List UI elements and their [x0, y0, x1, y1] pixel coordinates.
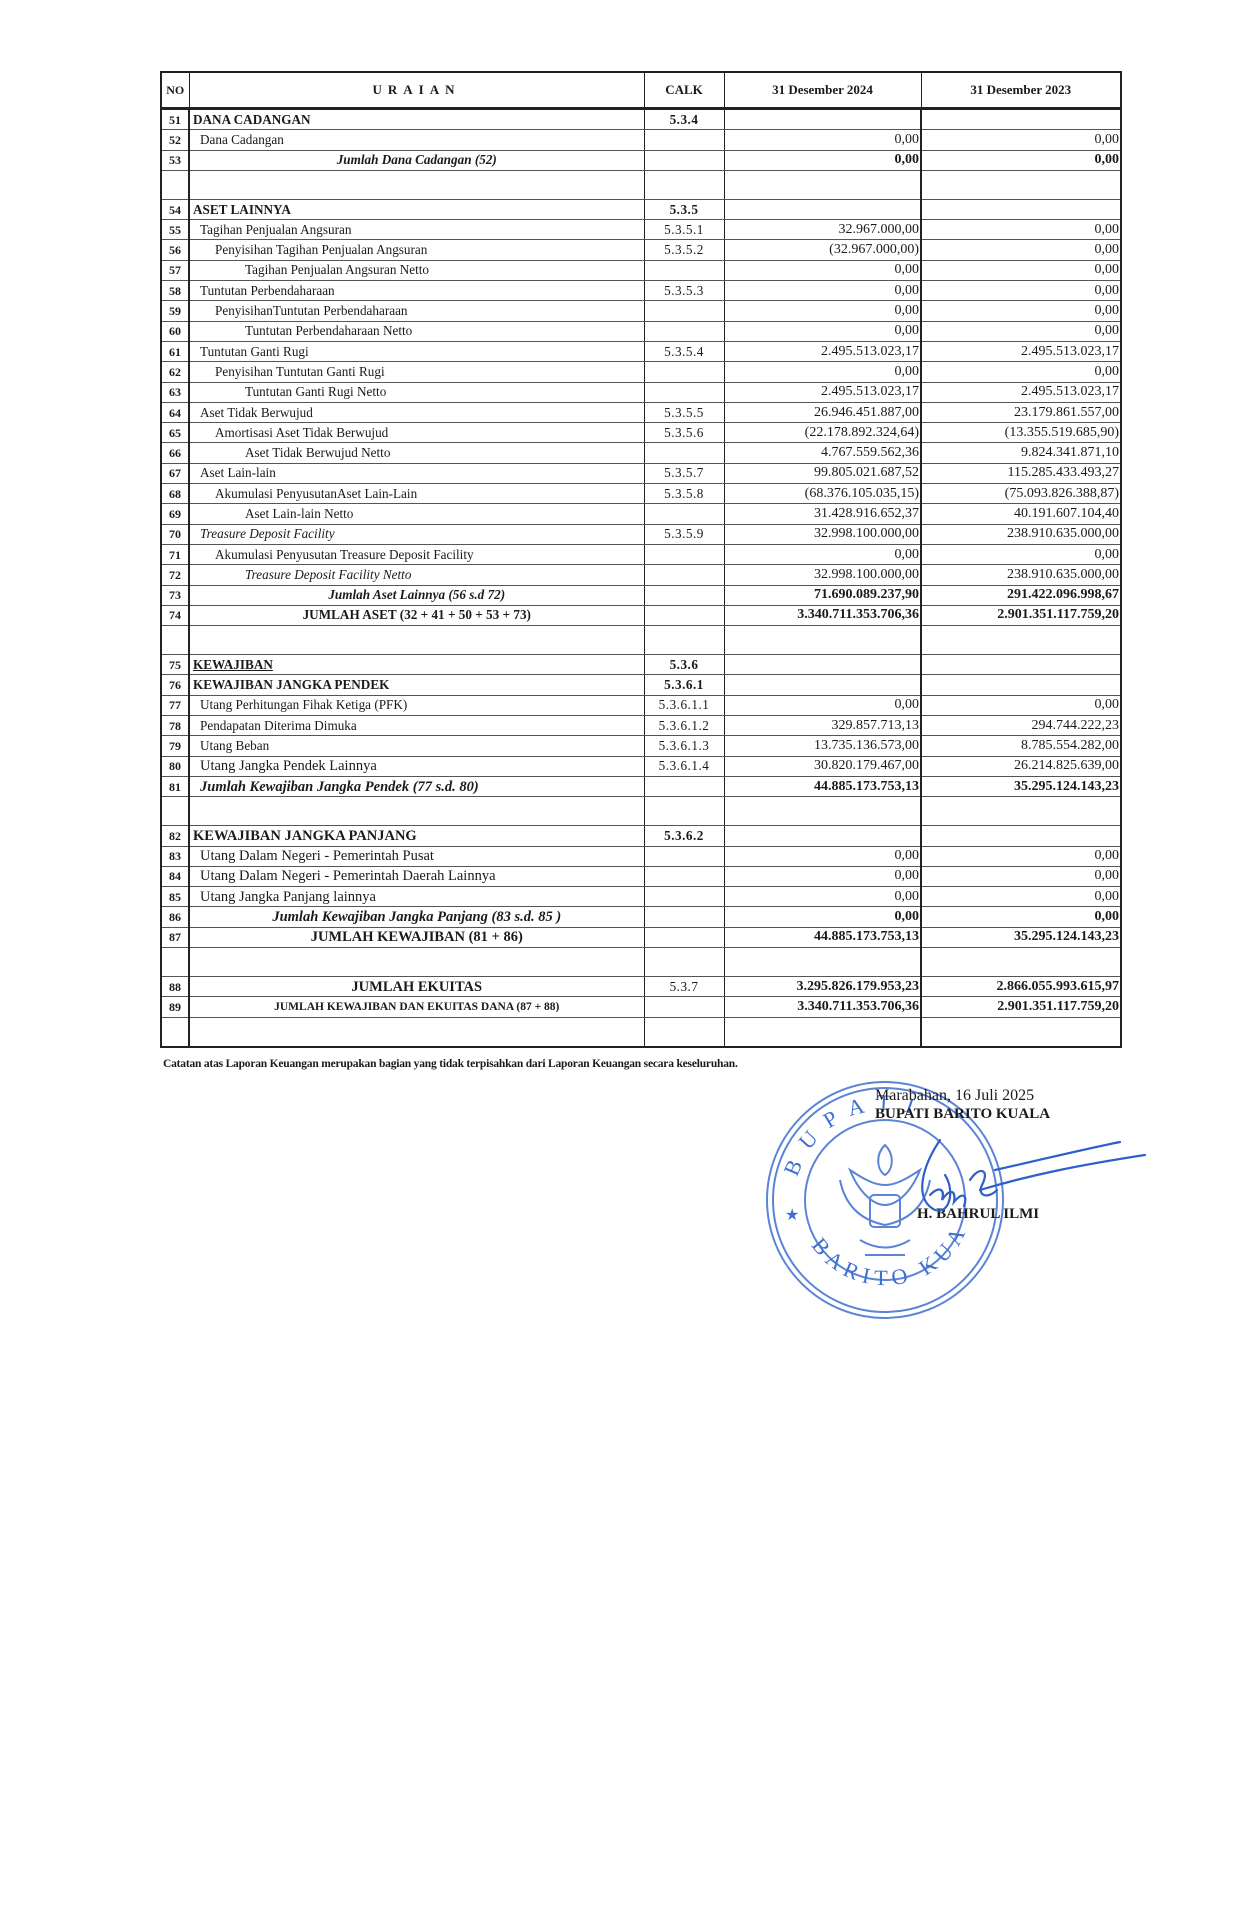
table-row: 83Utang Dalam Negeri - Pemerintah Pusat0…	[161, 846, 1121, 866]
row-number: 78	[161, 716, 189, 736]
row-number: 64	[161, 402, 189, 422]
row-value-2024: (22.178.892.324,64)	[724, 423, 921, 443]
empty-cell	[921, 170, 1121, 199]
row-description: JUMLAH KEWAJIBAN (81 + 86)	[189, 927, 644, 947]
row-number: 73	[161, 585, 189, 605]
table-row: 87JUMLAH KEWAJIBAN (81 + 86)44.885.173.7…	[161, 927, 1121, 947]
row-calk-ref: 5.3.5.8	[644, 484, 724, 504]
row-value-2023: 0,00	[921, 301, 1121, 321]
row-calk-ref	[644, 887, 724, 907]
row-calk-ref: 5.3.6.1.1	[644, 695, 724, 715]
row-value-2024	[724, 826, 921, 846]
table-row: 77Utang Perhitungan Fihak Ketiga (PFK)5.…	[161, 695, 1121, 715]
row-value-2023: 294.744.222,23	[921, 716, 1121, 736]
table-row: 65Amortisasi Aset Tidak Berwujud5.3.5.6(…	[161, 423, 1121, 443]
row-calk-ref	[644, 504, 724, 524]
row-value-2023: 0,00	[921, 150, 1121, 170]
row-description: Akumulasi PenyusutanAset Lain-Lain	[189, 484, 644, 504]
empty-cell	[644, 1017, 724, 1047]
table-row: 78Pendapatan Diterima Dimuka5.3.6.1.2329…	[161, 716, 1121, 736]
row-description-text: Tuntutan Perbendaharaan	[200, 283, 335, 298]
row-value-2023	[921, 199, 1121, 219]
row-calk-ref: 5.3.5.1	[644, 220, 724, 240]
table-row: 66Aset Tidak Berwujud Netto4.767.559.562…	[161, 443, 1121, 463]
row-value-2024: 2.495.513.023,17	[724, 341, 921, 361]
row-description-text: Treasure Deposit Facility	[200, 526, 335, 541]
table-row: 76KEWAJIBAN JANGKA PENDEK5.3.6.1	[161, 675, 1121, 695]
row-description-text: Jumlah Kewajiban Jangka Panjang (83 s.d.…	[272, 909, 561, 925]
row-description: DANA CADANGAN	[189, 109, 644, 130]
empty-cell	[161, 947, 189, 976]
handwritten-signature-icon	[880, 1120, 1150, 1230]
row-value-2024: 0,00	[724, 281, 921, 301]
empty-cell	[724, 1017, 921, 1047]
row-description-text: Treasure Deposit Facility Netto	[245, 567, 411, 582]
row-number: 81	[161, 776, 189, 796]
row-description-text: Tuntutan Ganti Rugi Netto	[245, 384, 386, 399]
row-description-text: Utang Beban	[200, 738, 269, 753]
row-description: Jumlah Dana Cadangan (52)	[189, 150, 644, 170]
row-calk-ref	[644, 565, 724, 585]
row-value-2023: 115.285.433.493,27	[921, 463, 1121, 483]
row-description-text: JUMLAH ASET (32 + 41 + 50 + 53 + 73)	[303, 607, 531, 622]
row-number: 55	[161, 220, 189, 240]
row-calk-ref	[644, 443, 724, 463]
row-calk-ref: 5.3.6.1	[644, 675, 724, 695]
row-value-2024: 26.946.451.887,00	[724, 402, 921, 422]
row-number: 69	[161, 504, 189, 524]
table-row: 69Aset Lain-lain Netto31.428.916.652,374…	[161, 504, 1121, 524]
empty-cell	[644, 797, 724, 826]
table-row: 51DANA CADANGAN5.3.4	[161, 109, 1121, 130]
row-calk-ref	[644, 846, 724, 866]
row-value-2024: 0,00	[724, 362, 921, 382]
row-number: 74	[161, 605, 189, 625]
table-row: 67Aset Lain-lain5.3.5.799.805.021.687,52…	[161, 463, 1121, 483]
row-number: 77	[161, 695, 189, 715]
row-number: 88	[161, 976, 189, 996]
row-number: 51	[161, 109, 189, 130]
row-value-2024: 31.428.916.652,37	[724, 504, 921, 524]
row-number: 57	[161, 260, 189, 280]
row-value-2024: 0,00	[724, 150, 921, 170]
row-calk-ref: 5.3.5.9	[644, 524, 724, 544]
row-value-2024: 0,00	[724, 260, 921, 280]
empty-cell	[724, 626, 921, 655]
table-row: 89JUMLAH KEWAJIBAN DAN EKUITAS DANA (87 …	[161, 997, 1121, 1017]
row-value-2024	[724, 199, 921, 219]
row-number: 82	[161, 826, 189, 846]
row-value-2024	[724, 109, 921, 130]
empty-cell	[161, 626, 189, 655]
row-number: 85	[161, 887, 189, 907]
row-value-2023: 2.901.351.117.759,20	[921, 605, 1121, 625]
row-description: Treasure Deposit Facility Netto	[189, 565, 644, 585]
empty-cell	[189, 626, 644, 655]
row-description-text: Aset Lain-lain	[200, 465, 276, 480]
row-value-2024: 0,00	[724, 544, 921, 564]
table-row: 71Akumulasi Penyusutan Treasure Deposit …	[161, 544, 1121, 564]
row-description-text: DANA CADANGAN	[193, 112, 311, 127]
table-row: 84Utang Dalam Negeri - Pemerintah Daerah…	[161, 866, 1121, 886]
row-calk-ref	[644, 907, 724, 927]
row-number: 68	[161, 484, 189, 504]
row-calk-ref: 5.3.6.2	[644, 826, 724, 846]
row-calk-ref: 5.3.5.4	[644, 341, 724, 361]
row-description-text: ASET LAINNYA	[193, 202, 291, 217]
row-description: Jumlah Kewajiban Jangka Pendek (77 s.d. …	[189, 776, 644, 796]
row-description-text: Utang Perhitungan Fihak Ketiga (PFK)	[200, 697, 407, 712]
empty-cell	[644, 170, 724, 199]
row-value-2024: 0,00	[724, 130, 921, 150]
row-calk-ref	[644, 362, 724, 382]
row-description-text: Akumulasi Penyusutan Treasure Deposit Fa…	[215, 547, 474, 562]
empty-cell	[921, 626, 1121, 655]
row-description: Aset Lain-lain	[189, 463, 644, 483]
row-description: Pendapatan Diterima Dimuka	[189, 716, 644, 736]
empty-cell	[921, 797, 1121, 826]
row-value-2024: 0,00	[724, 846, 921, 866]
row-calk-ref	[644, 382, 724, 402]
row-description: Jumlah Kewajiban Jangka Panjang (83 s.d.…	[189, 907, 644, 927]
row-calk-ref: 5.3.5.5	[644, 402, 724, 422]
empty-cell	[189, 797, 644, 826]
row-value-2023: 0,00	[921, 544, 1121, 564]
row-value-2023: 40.191.607.104,40	[921, 504, 1121, 524]
row-description-text: Utang Dalam Negeri - Pemerintah Pusat	[200, 848, 434, 864]
row-calk-ref: 5.3.5	[644, 199, 724, 219]
row-description: KEWAJIBAN	[189, 655, 644, 675]
row-description-text: Utang Jangka Panjang lainnya	[200, 889, 376, 905]
row-description-text: Utang Jangka Pendek Lainnya	[200, 758, 377, 774]
row-value-2024: (32.967.000,00)	[724, 240, 921, 260]
row-value-2023: 291.422.096.998,67	[921, 585, 1121, 605]
row-value-2024: 71.690.089.237,90	[724, 585, 921, 605]
row-value-2024: 3.340.711.353.706,36	[724, 605, 921, 625]
row-number: 87	[161, 927, 189, 947]
row-number: 65	[161, 423, 189, 443]
row-description: Tagihan Penjualan Angsuran	[189, 220, 644, 240]
table-row: 62Penyisihan Tuntutan Ganti Rugi0,000,00	[161, 362, 1121, 382]
row-description-text: Utang Dalam Negeri - Pemerintah Daerah L…	[200, 868, 496, 884]
row-value-2023: 26.214.825.639,00	[921, 756, 1121, 776]
table-row: 59PenyisihanTuntutan Perbendaharaan0,000…	[161, 301, 1121, 321]
row-value-2023: 8.785.554.282,00	[921, 736, 1121, 756]
row-calk-ref: 5.3.6.1.2	[644, 716, 724, 736]
row-description: KEWAJIBAN JANGKA PANJANG	[189, 826, 644, 846]
row-number: 52	[161, 130, 189, 150]
row-description-text: Tagihan Penjualan Angsuran Netto	[245, 262, 429, 277]
row-description: Tuntutan Perbendaharaan Netto	[189, 321, 644, 341]
row-description: Tuntutan Perbendaharaan	[189, 281, 644, 301]
row-description: Jumlah Aset Lainnya (56 s.d 72)	[189, 585, 644, 605]
row-value-2024: 44.885.173.753,13	[724, 927, 921, 947]
empty-cell	[724, 797, 921, 826]
table-row: 82KEWAJIBAN JANGKA PANJANG5.3.6.2	[161, 826, 1121, 846]
table-row: 54ASET LAINNYA5.3.5	[161, 199, 1121, 219]
row-description-text: Penyisihan Tuntutan Ganti Rugi	[215, 364, 385, 379]
row-description-text: Amortisasi Aset Tidak Berwujud	[215, 425, 388, 440]
row-description: Dana Cadangan	[189, 130, 644, 150]
table-row: 68Akumulasi PenyusutanAset Lain-Lain5.3.…	[161, 484, 1121, 504]
table-row: 58Tuntutan Perbendaharaan5.3.5.30,000,00	[161, 281, 1121, 301]
row-number: 62	[161, 362, 189, 382]
table-row: 70Treasure Deposit Facility5.3.5.932.998…	[161, 524, 1121, 544]
row-description: Penyisihan Tagihan Penjualan Angsuran	[189, 240, 644, 260]
row-calk-ref	[644, 866, 724, 886]
row-calk-ref	[644, 927, 724, 947]
empty-cell	[161, 170, 189, 199]
row-description: JUMLAH EKUITAS	[189, 976, 644, 996]
row-value-2024: 0,00	[724, 321, 921, 341]
row-number: 56	[161, 240, 189, 260]
row-number: 84	[161, 866, 189, 886]
row-description-text: Akumulasi PenyusutanAset Lain-Lain	[215, 486, 417, 501]
table-row: 56Penyisihan Tagihan Penjualan Angsuran5…	[161, 240, 1121, 260]
row-value-2024	[724, 675, 921, 695]
row-calk-ref: 5.3.5.3	[644, 281, 724, 301]
row-value-2024: 3.340.711.353.706,36	[724, 997, 921, 1017]
row-description-text: Jumlah Aset Lainnya (56 s.d 72)	[328, 587, 505, 602]
row-value-2024: 0,00	[724, 866, 921, 886]
row-number: 89	[161, 997, 189, 1017]
table-row: 64Aset Tidak Berwujud5.3.5.526.946.451.8…	[161, 402, 1121, 422]
row-value-2023: 0,00	[921, 866, 1121, 886]
row-number: 75	[161, 655, 189, 675]
row-value-2024: (68.376.105.035,15)	[724, 484, 921, 504]
spacer-row	[161, 1017, 1121, 1047]
row-calk-ref	[644, 260, 724, 280]
row-description-text: KEWAJIBAN	[193, 657, 273, 672]
row-value-2023: 0,00	[921, 846, 1121, 866]
row-description: Tuntutan Ganti Rugi Netto	[189, 382, 644, 402]
row-calk-ref: 5.3.5.7	[644, 463, 724, 483]
footnote: Catatan atas Laporan Keuangan merupakan …	[163, 1058, 738, 1070]
row-value-2023: 238.910.635.000,00	[921, 524, 1121, 544]
row-description-text: PenyisihanTuntutan Perbendaharaan	[215, 303, 408, 318]
row-number: 72	[161, 565, 189, 585]
row-number: 58	[161, 281, 189, 301]
row-number: 79	[161, 736, 189, 756]
row-value-2023: (13.355.519.685,90)	[921, 423, 1121, 443]
row-value-2023	[921, 675, 1121, 695]
spacer-row	[161, 626, 1121, 655]
row-calk-ref	[644, 150, 724, 170]
row-description-text: Tuntutan Ganti Rugi	[200, 344, 309, 359]
row-value-2023: 2.495.513.023,17	[921, 382, 1121, 402]
table-row: 74JUMLAH ASET (32 + 41 + 50 + 53 + 73)3.…	[161, 605, 1121, 625]
row-description-text: Pendapatan Diterima Dimuka	[200, 718, 357, 733]
row-calk-ref: 5.3.5.2	[644, 240, 724, 260]
empty-cell	[161, 1017, 189, 1047]
row-number: 61	[161, 341, 189, 361]
row-value-2023	[921, 109, 1121, 130]
row-value-2023: 23.179.861.557,00	[921, 402, 1121, 422]
row-description: Utang Jangka Pendek Lainnya	[189, 756, 644, 776]
row-number: 71	[161, 544, 189, 564]
row-description: Penyisihan Tuntutan Ganti Rugi	[189, 362, 644, 382]
row-description: PenyisihanTuntutan Perbendaharaan	[189, 301, 644, 321]
row-value-2023	[921, 655, 1121, 675]
row-number: 54	[161, 199, 189, 219]
empty-cell	[161, 797, 189, 826]
row-calk-ref	[644, 301, 724, 321]
table-row: 53Jumlah Dana Cadangan (52)0,000,00	[161, 150, 1121, 170]
spacer-row	[161, 947, 1121, 976]
row-value-2023: 0,00	[921, 240, 1121, 260]
signature-place-date: Marabahan, 16 Juli 2025	[875, 1087, 1135, 1105]
row-value-2024: 99.805.021.687,52	[724, 463, 921, 483]
row-description: Utang Perhitungan Fihak Ketiga (PFK)	[189, 695, 644, 715]
header-no: NO	[161, 72, 189, 109]
empty-cell	[921, 1017, 1121, 1047]
row-value-2024: 32.998.100.000,00	[724, 565, 921, 585]
row-number: 60	[161, 321, 189, 341]
table-row: 72Treasure Deposit Facility Netto32.998.…	[161, 565, 1121, 585]
row-number: 59	[161, 301, 189, 321]
row-number: 53	[161, 150, 189, 170]
row-value-2024: 30.820.179.467,00	[724, 756, 921, 776]
document-page: NO URAIAN CALK 31 Desember 2024 31 Desem…	[0, 0, 1254, 1923]
row-value-2024: 4.767.559.562,36	[724, 443, 921, 463]
row-value-2023	[921, 826, 1121, 846]
row-description-text: Tagihan Penjualan Angsuran	[200, 222, 351, 237]
row-description: ASET LAINNYA	[189, 199, 644, 219]
row-value-2023: 35.295.124.143,23	[921, 927, 1121, 947]
table-header: NO URAIAN CALK 31 Desember 2024 31 Desem…	[161, 72, 1121, 109]
row-description: Utang Dalam Negeri - Pemerintah Pusat	[189, 846, 644, 866]
row-description-text: Dana Cadangan	[200, 132, 284, 147]
row-calk-ref	[644, 321, 724, 341]
row-value-2023: 9.824.341.871,10	[921, 443, 1121, 463]
row-value-2023: 0,00	[921, 362, 1121, 382]
row-description: JUMLAH ASET (32 + 41 + 50 + 53 + 73)	[189, 605, 644, 625]
signature-block: Marabahan, 16 Juli 2025 BUPATI BARITO KU…	[875, 1087, 1135, 1123]
row-description: Amortisasi Aset Tidak Berwujud	[189, 423, 644, 443]
table-row: 63Tuntutan Ganti Rugi Netto2.495.513.023…	[161, 382, 1121, 402]
row-value-2023: 0,00	[921, 130, 1121, 150]
header-period-prior: 31 Desember 2023	[921, 72, 1121, 109]
row-description: Utang Beban	[189, 736, 644, 756]
table-row: 88JUMLAH EKUITAS5.3.73.295.826.179.953,2…	[161, 976, 1121, 996]
empty-cell	[189, 1017, 644, 1047]
row-description: Aset Tidak Berwujud Netto	[189, 443, 644, 463]
row-value-2024: 32.998.100.000,00	[724, 524, 921, 544]
row-value-2023: 2.866.055.993.615,97	[921, 976, 1121, 996]
row-number: 70	[161, 524, 189, 544]
table-body: 51DANA CADANGAN5.3.452Dana Cadangan0,000…	[161, 109, 1121, 1047]
table-row: 57Tagihan Penjualan Angsuran Netto0,000,…	[161, 260, 1121, 280]
row-number: 80	[161, 756, 189, 776]
table-row: 52Dana Cadangan0,000,00	[161, 130, 1121, 150]
row-description: Treasure Deposit Facility	[189, 524, 644, 544]
row-description: Tuntutan Ganti Rugi	[189, 341, 644, 361]
row-number: 86	[161, 907, 189, 927]
row-value-2023: 35.295.124.143,23	[921, 776, 1121, 796]
row-description-text: KEWAJIBAN JANGKA PANJANG	[193, 828, 417, 844]
row-calk-ref	[644, 130, 724, 150]
row-value-2024: 0,00	[724, 695, 921, 715]
row-description: Akumulasi Penyusutan Treasure Deposit Fa…	[189, 544, 644, 564]
empty-cell	[644, 947, 724, 976]
row-calk-ref	[644, 776, 724, 796]
row-value-2023: 238.910.635.000,00	[921, 565, 1121, 585]
table-row: 80Utang Jangka Pendek Lainnya5.3.6.1.430…	[161, 756, 1121, 776]
table-row: 85Utang Jangka Panjang lainnya0,000,00	[161, 887, 1121, 907]
row-value-2023: 0,00	[921, 260, 1121, 280]
row-description-text: Penyisihan Tagihan Penjualan Angsuran	[215, 242, 427, 257]
row-value-2024: 2.495.513.023,17	[724, 382, 921, 402]
empty-cell	[724, 170, 921, 199]
row-number: 67	[161, 463, 189, 483]
row-calk-ref	[644, 605, 724, 625]
row-value-2023: (75.093.826.388,87)	[921, 484, 1121, 504]
row-value-2023: 0,00	[921, 907, 1121, 927]
table-row: 86Jumlah Kewajiban Jangka Panjang (83 s.…	[161, 907, 1121, 927]
empty-cell	[921, 947, 1121, 976]
row-description-text: Aset Tidak Berwujud Netto	[245, 445, 390, 460]
row-value-2024: 0,00	[724, 887, 921, 907]
empty-cell	[644, 626, 724, 655]
row-number: 76	[161, 675, 189, 695]
row-number: 83	[161, 846, 189, 866]
row-calk-ref	[644, 544, 724, 564]
row-description-text: JUMLAH EKUITAS	[351, 979, 482, 995]
header-uraian: URAIAN	[189, 72, 644, 109]
row-calk-ref: 5.3.5.6	[644, 423, 724, 443]
row-description-text: Tuntutan Perbendaharaan Netto	[245, 323, 412, 338]
empty-cell	[189, 170, 644, 199]
spacer-row	[161, 797, 1121, 826]
table-row: 81Jumlah Kewajiban Jangka Pendek (77 s.d…	[161, 776, 1121, 796]
row-value-2024: 329.857.713,13	[724, 716, 921, 736]
row-description-text: Aset Lain-lain Netto	[245, 506, 353, 521]
row-value-2024: 0,00	[724, 907, 921, 927]
row-calk-ref: 5.3.7	[644, 976, 724, 996]
row-value-2023: 0,00	[921, 887, 1121, 907]
row-description: Tagihan Penjualan Angsuran Netto	[189, 260, 644, 280]
table-row: 60Tuntutan Perbendaharaan Netto0,000,00	[161, 321, 1121, 341]
row-value-2024: 32.967.000,00	[724, 220, 921, 240]
row-number: 66	[161, 443, 189, 463]
row-description: KEWAJIBAN JANGKA PENDEK	[189, 675, 644, 695]
empty-cell	[189, 947, 644, 976]
row-description: Aset Tidak Berwujud	[189, 402, 644, 422]
header-calk: CALK	[644, 72, 724, 109]
row-description-text: Aset Tidak Berwujud	[200, 405, 313, 420]
row-value-2023: 0,00	[921, 321, 1121, 341]
row-value-2024: 44.885.173.753,13	[724, 776, 921, 796]
spacer-row	[161, 170, 1121, 199]
table-row: 55Tagihan Penjualan Angsuran5.3.5.132.96…	[161, 220, 1121, 240]
row-description-text: JUMLAH KEWAJIBAN DAN EKUITAS DANA (87 + …	[274, 1001, 559, 1013]
row-description: Utang Dalam Negeri - Pemerintah Daerah L…	[189, 866, 644, 886]
row-value-2024: 13.735.136.573,00	[724, 736, 921, 756]
row-calk-ref	[644, 997, 724, 1017]
row-description-text: Jumlah Dana Cadangan (52)	[337, 152, 497, 167]
row-calk-ref	[644, 585, 724, 605]
svg-text:★: ★	[785, 1205, 799, 1224]
row-value-2024: 0,00	[724, 301, 921, 321]
row-description-text: Jumlah Kewajiban Jangka Pendek (77 s.d. …	[200, 779, 479, 795]
balance-sheet-table: NO URAIAN CALK 31 Desember 2024 31 Desem…	[160, 71, 1122, 1048]
table-row: 75KEWAJIBAN5.3.6	[161, 655, 1121, 675]
row-value-2023: 0,00	[921, 220, 1121, 240]
row-calk-ref: 5.3.6.1.3	[644, 736, 724, 756]
row-value-2023: 2.901.351.117.759,20	[921, 997, 1121, 1017]
row-calk-ref: 5.3.4	[644, 109, 724, 130]
table-row: 79Utang Beban5.3.6.1.313.735.136.573,008…	[161, 736, 1121, 756]
